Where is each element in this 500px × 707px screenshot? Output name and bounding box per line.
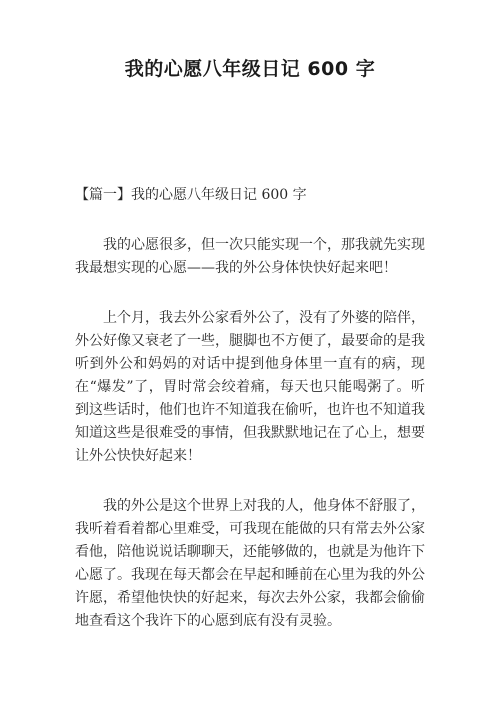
section-heading: 【篇一】我的心愿八年级日记 600 字 [75, 184, 425, 207]
document-title: 我的心愿八年级日记 600 字 [0, 56, 500, 83]
paragraph-3: 我的外公是这个世界上对我的人，他身体不舒服了，我听着看着都心里难受，可我现在能做… [75, 495, 425, 633]
paragraph-1: 我的心愿很多，但一次只能实现一个，那我就先实现我最想实现的心愿——我的外公身体快… [75, 234, 425, 280]
document-body: 【篇一】我的心愿八年级日记 600 字 我的心愿很多，但一次只能实现一个，那我就… [75, 184, 425, 660]
document-page: 我的心愿八年级日记 600 字 【篇一】我的心愿八年级日记 600 字 我的心愿… [0, 0, 500, 707]
paragraph-2: 上个月，我去外公家看外公了，没有了外婆的陪伴，外公好像又衰老了一些，腿脚也不方便… [75, 307, 425, 468]
